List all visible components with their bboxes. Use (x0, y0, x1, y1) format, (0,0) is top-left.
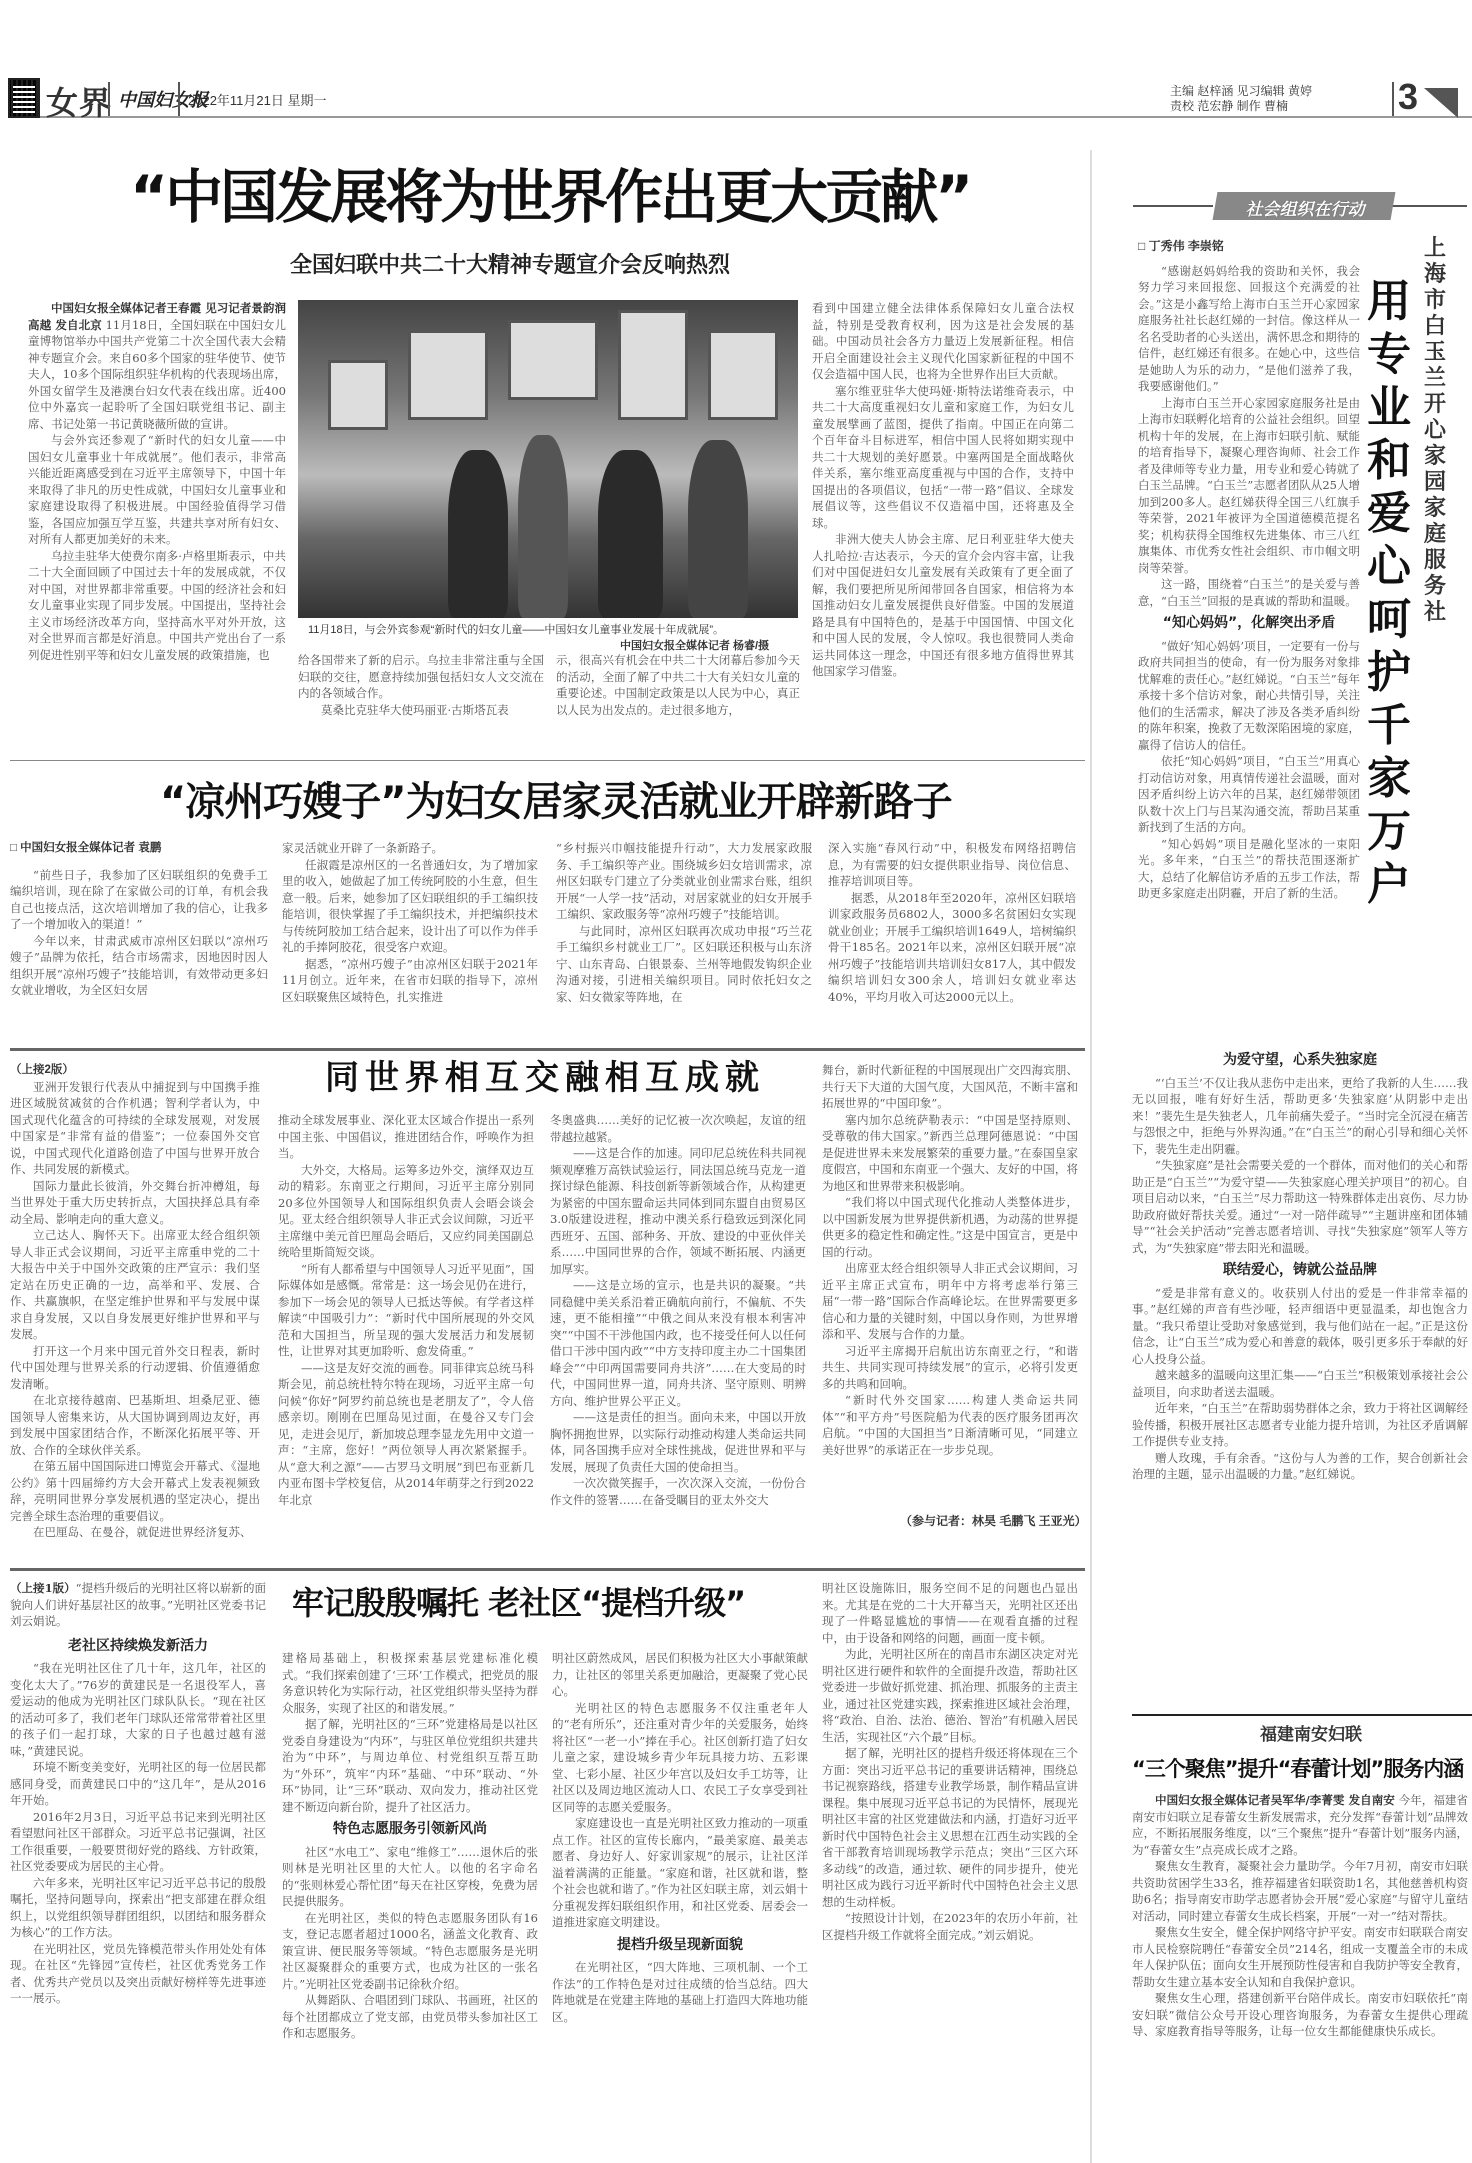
photo-frame (508, 320, 598, 400)
photo-credit: 中国妇女报全媒体记者 杨睿/摄 (620, 637, 769, 653)
story3-col3: 冬奥盛典……美好的记忆被一次次唤起，友谊的纽带越拉越紧。 ——这是合作的加速。同… (550, 1112, 806, 1542)
continued-from: （上接2版） (10, 1062, 260, 1079)
exhibition-photo[interactable] (298, 300, 798, 618)
nanan-body: 中国妇女报全媒体记者吴军华/李菁雯 发自南安 今年，福建省南安市妇联立足春蕾女生… (1132, 1792, 1468, 2162)
story3-col2: 推动全球发展事业、深化亚太区域合作提出一系列中国主张、中国倡议，推进团结合作，呼… (278, 1112, 534, 1542)
photo-frame (708, 330, 778, 420)
story4-col1: （上接1版）“提档升级后的光明社区将以崭新的面貌向人们讲好基层社区的故事。”光明… (10, 1580, 266, 2160)
masthead-divider (108, 82, 110, 116)
story2-col3: “乡村振兴巾帼技能提升行动”，大力发展家政服务、手工编织等产业。围绕城乡妇女培训… (556, 840, 812, 1020)
story4-col3: 明社区蔚然成风，居民们积极为社区大小事献策献力，让社区的邻里关系更加融洽，更凝聚… (552, 1650, 808, 2160)
column-divider (1090, 150, 1092, 2163)
story4-subhead-3: 提档升级呈现新面貌 (552, 1937, 808, 1954)
section-name: 女界 (46, 78, 112, 124)
sidebar-subhead-1: “知心妈妈”，化解突出矛盾 (1138, 615, 1360, 632)
story3-col1: （上接2版） 亚洲开发银行代表从中捕捉到与中国携手推进区域脱贫减贫的合作机遇；智… (10, 1062, 260, 1542)
nanan-headline[interactable]: “三个聚焦”提升“春蕾计划”服务内涵 (1132, 1753, 1472, 1783)
photo-person (598, 450, 663, 618)
page-corner-icon (1424, 88, 1458, 118)
photo-person (688, 440, 748, 618)
credits-line-2: 责校 范宏静 制作 曹楠 (1170, 99, 1312, 114)
story3-col4: 舞台，新时代新征程的中国展现出广交四海宾朋、共行天下大道的大国气度，大国风范，不… (822, 1062, 1078, 1512)
story2-headline[interactable]: “凉州巧嫂子”为妇女居家灵活就业开辟新路子 (160, 770, 952, 827)
masthead-divider (178, 82, 180, 116)
story1-col2: 给各国带来了新的启示。乌拉圭非常注重与全国妇联的交往，愿意持续加强包括妇女人文交… (298, 652, 544, 752)
story3-headline[interactable]: 同世界相互交融相互成就 (325, 1050, 765, 1099)
banner-rule (1385, 205, 1467, 207)
sidebar-byline: □ 丁秀伟 李崇铭 (1138, 238, 1360, 255)
sidebar-subhead-3: 联结爱心，铸就公益品牌 (1132, 1262, 1468, 1279)
story2-col4: 深入实施“春风行动”中，积极发布网络招聘信息，为有需要的妇女提供职业指导、岗位信… (828, 840, 1076, 1020)
divider (10, 760, 1085, 761)
photo-frame (618, 310, 688, 420)
section-banner-label: 社会组织在行动 (1225, 195, 1385, 220)
story3-reporters: （参与记者：林昊 毛鹏飞 王亚光） (900, 1512, 1087, 1529)
story2-col1: □ 中国妇女报全媒体记者 袁鹏 “前些日子，我参加了区妇联组织的免费手工编织培训… (10, 840, 268, 1020)
editor-credits: 主编 赵梓涵 见习编辑 黄婷 责校 范宏静 制作 曹楠 (1170, 84, 1312, 114)
sidebar-org-title: 上海市白玉兰开心家园家庭服务社 (1422, 235, 1448, 625)
photo-frame (328, 360, 388, 430)
story4-col2: 建格局基础上，积极探索基层党建标准化模式。“我们探索创建了‘三环’工作模式，把党… (282, 1650, 538, 2160)
story4-col4: 明社区设施陈旧，服务空间不足的问题也凸显出来。尤其是在党的二十大开幕当天，光明社… (822, 1580, 1078, 2160)
sidebar-headline[interactable]: 用专业和爱心呵护千家万户 (1365, 275, 1413, 911)
issue-date: 2022年11月21日 星期一 (188, 90, 327, 109)
continued-from: （上接1版） (10, 1581, 76, 1595)
story1-col1: 中国妇女报全媒体记者王春霞 见习记者景韵润 高越 发自北京 11月18日，全国妇… (28, 300, 286, 750)
story4-headline[interactable]: 牢记殷殷嘱托 老社区“提档升级” (292, 1578, 745, 1624)
story1-subhead: 全国妇联中共二十大精神专题宣介会反响热烈 (290, 248, 730, 279)
story4-subhead-2: 特色志愿服务引领新风尚 (282, 1821, 538, 1838)
story2-col2: 家灵活就业开辟了一条新路子。 任淑霞是凉州区的一名普通妇女，为了增加家里的收入，… (282, 840, 538, 1020)
story2-byline: □ 中国妇女报全媒体记者 袁鹏 (10, 840, 268, 857)
section-divider (1132, 1714, 1472, 1716)
photo-person (518, 435, 568, 618)
credits-line-1: 主编 赵梓涵 见习编辑 黄婷 (1170, 84, 1312, 99)
page-num-divider (1392, 82, 1394, 116)
sidebar-subhead-2: 为爱守望，心系失独家庭 (1132, 1052, 1468, 1069)
section-divider (10, 1568, 1085, 1571)
banner-rule (1133, 205, 1213, 207)
page-number: 3 (1398, 78, 1418, 116)
nanan-kicker: 福建南安妇联 (1150, 1720, 1472, 1745)
nanan-byline: 中国妇女报全媒体记者吴军华/李菁雯 发自南安 (1155, 1793, 1395, 1807)
sidebar-body-wide: 为爱守望，心系失独家庭 “‘白玉兰’不仅让我从悲伤中走出来，更给了我新的人生……… (1132, 1048, 1468, 1678)
story1-headline[interactable]: “中国发展将为世界作出更大贡献” (130, 150, 1050, 234)
story1-col4: 看到中国建立健全法律体系保障妇女儿童合法权益，特别是受教育权利，因为这是社会发展… (812, 300, 1074, 710)
photo-person (448, 450, 508, 618)
photo-frame (408, 330, 488, 420)
photo-caption: 11月18日，与会外宾参观“新时代的妇女儿童——中国妇女儿童事业发展十年成就展”… (308, 621, 724, 637)
story4-subhead-1: 老社区持续焕发新活力 (10, 1638, 266, 1655)
qr-code-icon[interactable] (8, 78, 40, 118)
story1-col3: 示，很高兴有机会在中共二十大闭幕后参加今天的活动，全面了解了中共二十大有关妇女儿… (556, 652, 800, 752)
